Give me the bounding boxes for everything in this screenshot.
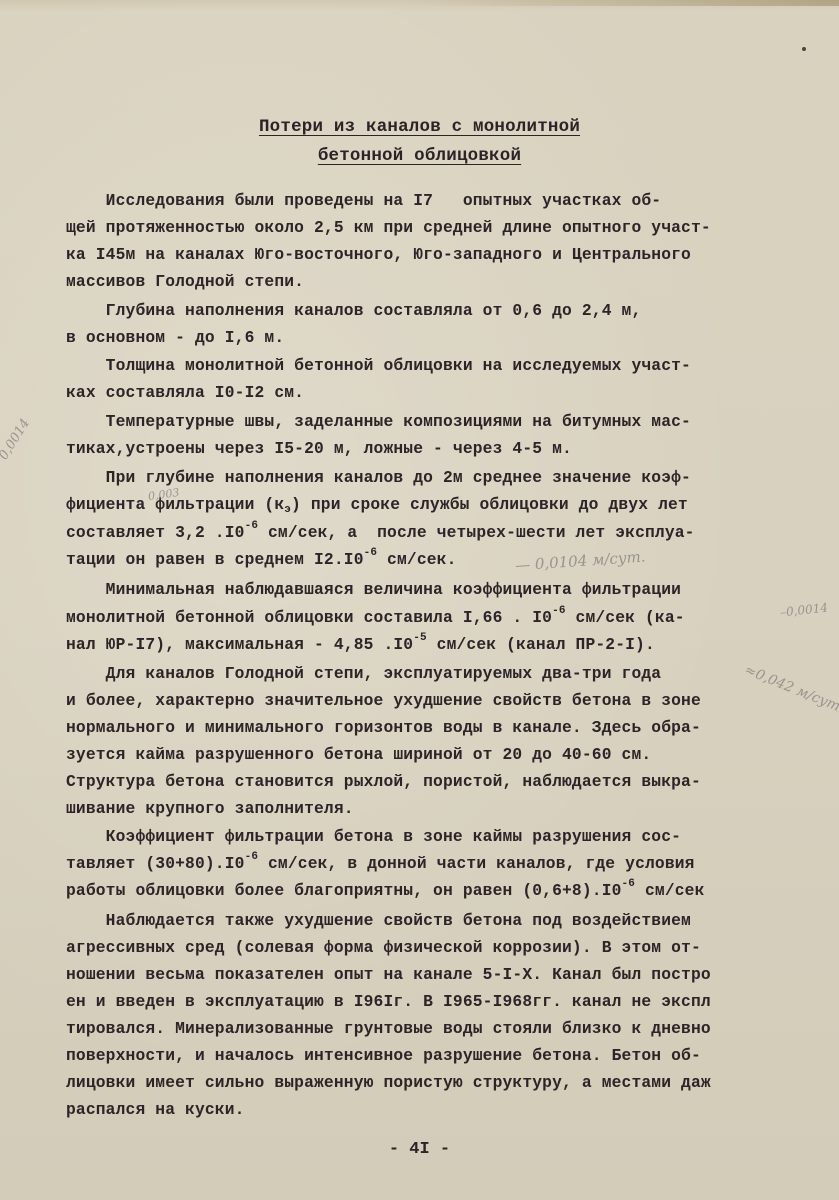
text-line: в основном - до I,6 м. bbox=[66, 328, 284, 347]
text-line: Температурные швы, заделанные композиция… bbox=[66, 412, 691, 431]
text-line: Глубина наполнения каналов составляла от… bbox=[66, 301, 641, 320]
superscript: -6 bbox=[245, 520, 259, 532]
paper-speck bbox=[802, 47, 806, 51]
text-line: Для каналов Голодной степи, эксплуатируе… bbox=[66, 664, 661, 683]
text-segment: см/сек bbox=[635, 881, 704, 900]
text-line: Толщина монолитной бетонной облицовки на… bbox=[66, 356, 691, 375]
text-line: тации он равен в среднем I2.I0-6 см/сек. bbox=[66, 550, 457, 569]
text-segment: см/сек. bbox=[377, 550, 456, 569]
text-line: шивание крупного заполнителя. bbox=[66, 799, 354, 818]
text-line: лицовки имеет сильно выраженную пористую… bbox=[66, 1073, 711, 1092]
superscript: -6 bbox=[245, 851, 259, 863]
text-line: нормального и минимального горизонтов во… bbox=[66, 718, 701, 737]
text-segment: нал ЮР-I7), максимальная - 4,85 .I0 bbox=[66, 635, 413, 654]
text-segment: см/сек (канал ПР-2-I). bbox=[427, 635, 655, 654]
text-segment: ) при сроке службы облицовки до двух лет bbox=[291, 495, 688, 514]
text-line: работы облицовки более благоприятны, он … bbox=[66, 881, 705, 900]
superscript: -6 bbox=[364, 547, 378, 559]
text-segment: тации он равен в среднем I2.I0 bbox=[66, 550, 364, 569]
text-line: тавляет (30+80).I0-6 см/сек, в донной ча… bbox=[66, 854, 695, 873]
text-segment: работы облицовки более благоприятны, он … bbox=[66, 881, 622, 900]
subscript: э bbox=[284, 504, 291, 516]
text-line: поверхности, и началось интенсивное разр… bbox=[66, 1046, 701, 1065]
text-segment: см/сек (ка- bbox=[566, 608, 685, 627]
text-line: щей протяженностью около 2,5 км при сред… bbox=[66, 218, 711, 237]
text-line: тиках,устроены через I5-20 м, ложные - ч… bbox=[66, 439, 572, 458]
superscript: -6 bbox=[552, 605, 566, 617]
page-number: - 4I - bbox=[0, 1140, 839, 1159]
text-segment: тавляет (30+80).I0 bbox=[66, 854, 245, 873]
text-line: составляет 3,2 .I0-6 см/сек, а после чет… bbox=[66, 523, 695, 542]
text-line: Наблюдается также ухудшение свойств бето… bbox=[66, 911, 691, 930]
text-line: Коэффициент фильтрации бетона в зоне кай… bbox=[66, 827, 681, 846]
text-line: ношении весьма показателен опыт на канал… bbox=[66, 965, 711, 984]
text-line: и более, характерно значительное ухудшен… bbox=[66, 691, 701, 710]
text-line: агрессивных сред (солевая форма физическ… bbox=[66, 938, 701, 957]
text-segment: см/сек, в донной части каналов, где усло… bbox=[258, 854, 695, 873]
text-line: ен и введен в эксплуатацию в I96Iг. В I9… bbox=[66, 992, 711, 1011]
superscript: -6 bbox=[622, 878, 636, 890]
text-line: распался на куски. bbox=[66, 1100, 245, 1119]
text-line: ках составляла I0-I2 см. bbox=[66, 383, 304, 402]
text-line: При глубине наполнения каналов до 2м сре… bbox=[66, 468, 691, 487]
text-segment: монолитной бетонной облицовки составила … bbox=[66, 608, 552, 627]
document-title-line-1: Потери из каналов с монолитной bbox=[0, 117, 839, 137]
text-line: монолитной бетонной облицовки составила … bbox=[66, 608, 685, 627]
text-line: тировался. Минерализованные грунтовые во… bbox=[66, 1019, 711, 1038]
text-line: массивов Голодной степи. bbox=[66, 272, 304, 291]
text-line: Структура бетона становится рыхлой, пори… bbox=[66, 772, 701, 791]
text-line: зуется кайма разрушенного бетона шириной… bbox=[66, 745, 651, 764]
superscript: -5 bbox=[413, 632, 427, 644]
paper-top-edge bbox=[420, 0, 839, 6]
text-line: ка I45м на каналах Юго-восточного, Юго-з… bbox=[66, 245, 691, 264]
document-title-line-2: бетонной облицовкой bbox=[0, 146, 839, 166]
text-segment: см/сек, а после четырех-шести лет эксплу… bbox=[258, 523, 695, 542]
text-line: Исследования были проведены на I7 опытны… bbox=[66, 191, 661, 210]
text-segment: составляет 3,2 .I0 bbox=[66, 523, 245, 542]
text-line: Минимальная наблюдавшаяся величина коэфф… bbox=[66, 580, 681, 599]
text-line: нал ЮР-I7), максимальная - 4,85 .I0-5 см… bbox=[66, 635, 655, 654]
